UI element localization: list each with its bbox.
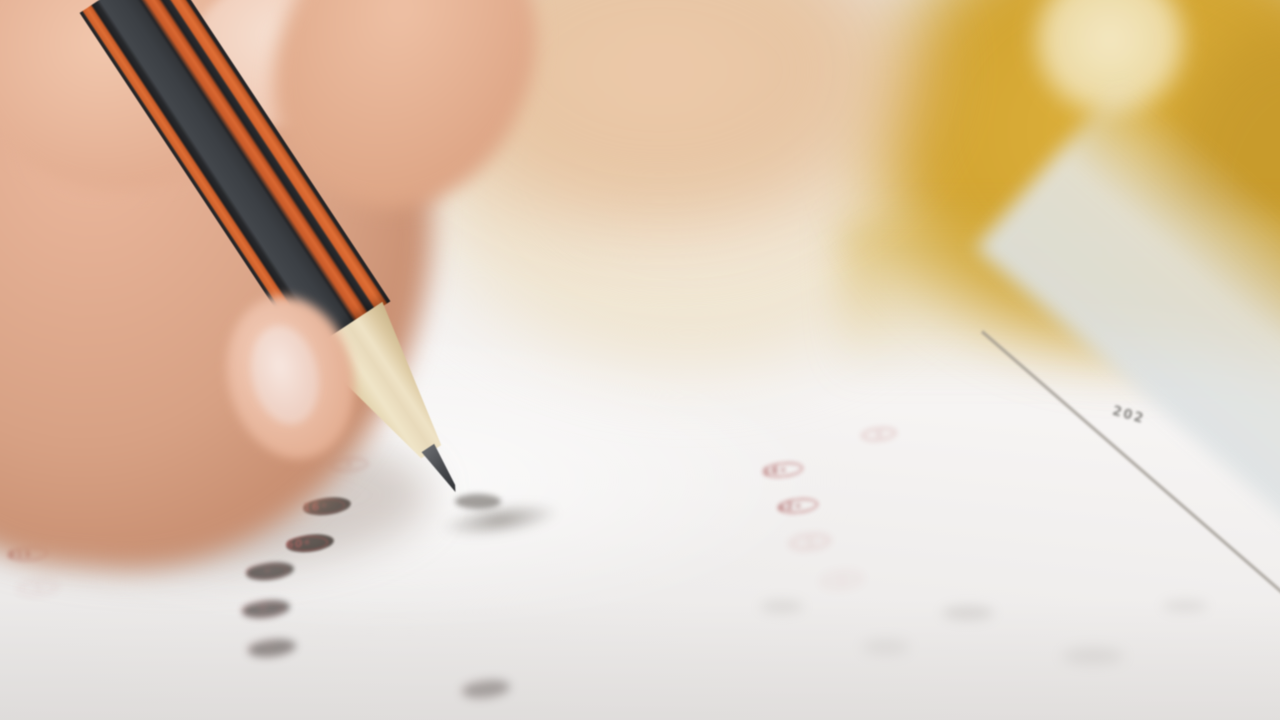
bubble-letter: e bbox=[781, 467, 786, 473]
answer-bubble-open: b bbox=[18, 579, 59, 596]
row-label: 14 bbox=[763, 465, 779, 478]
paper-bottom-shadow bbox=[0, 600, 1280, 720]
bubble-letter: e bbox=[796, 503, 801, 509]
bubble-letter: c bbox=[840, 577, 844, 583]
answer-bubble-open: c bbox=[821, 571, 862, 589]
bubble-letter: a bbox=[877, 431, 882, 437]
bubble-letter: b bbox=[36, 584, 41, 590]
bubble-letter: d bbox=[807, 539, 812, 545]
bubble-letter: e bbox=[264, 567, 269, 574]
photo-exam-bubble-sheet: abcabce16abde60abceabdeabdacabcab211ab81… bbox=[0, 0, 1280, 720]
pencil-tip-contact-shadow bbox=[455, 494, 501, 509]
answer-bubble-open: d bbox=[789, 533, 830, 551]
answer-bubble-open: a bbox=[861, 426, 896, 441]
row-label: 62 bbox=[778, 501, 794, 514]
